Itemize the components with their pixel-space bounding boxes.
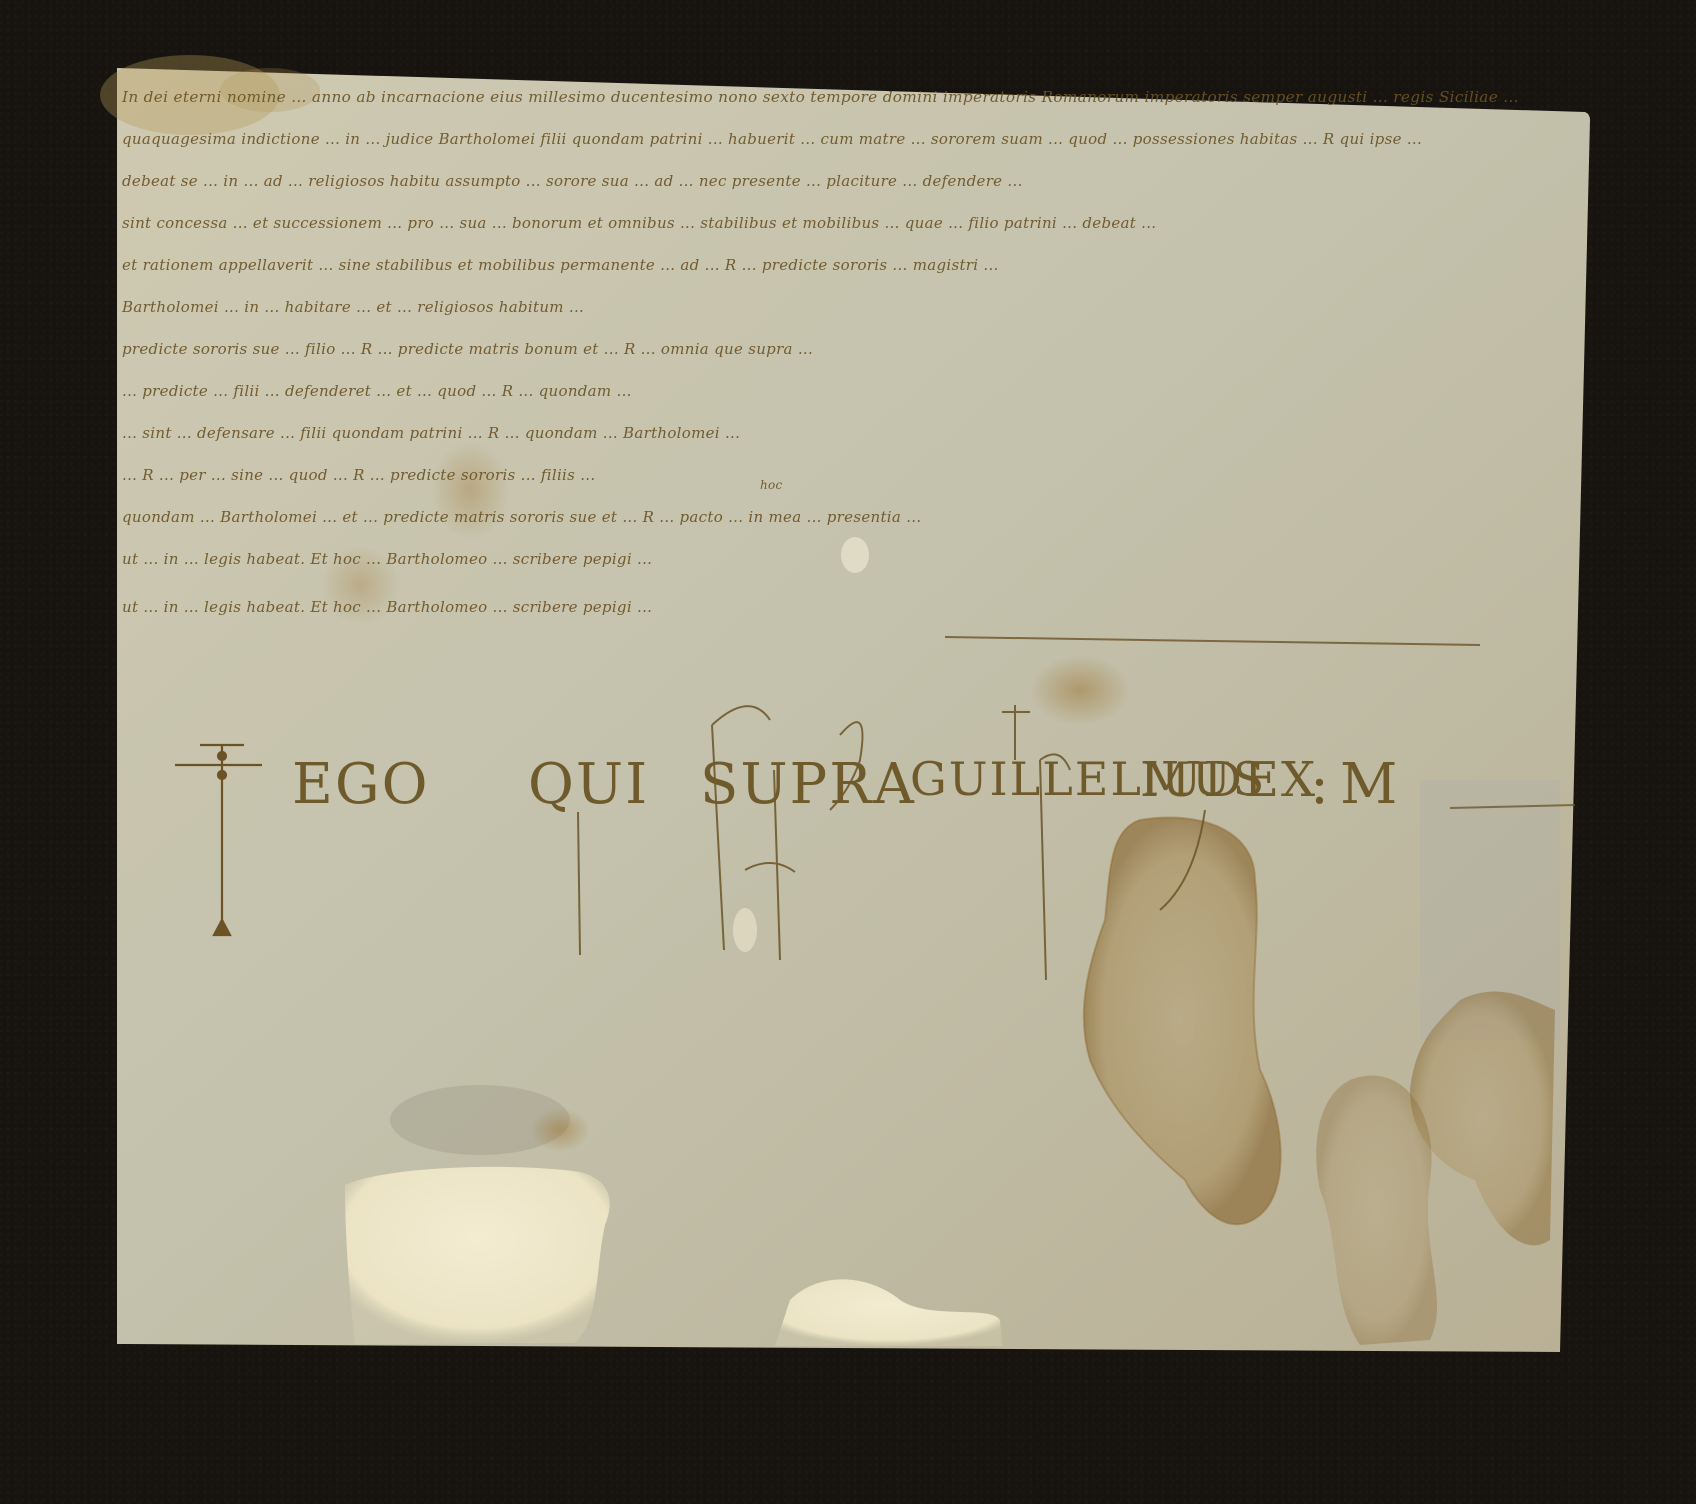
charter-line: ut ... in ... legis habeat. Et hoc ... B… bbox=[122, 550, 652, 568]
charter-line: ... sint ... defensare ... filii quondam… bbox=[122, 424, 740, 442]
charter-line: quondam ... Bartholomei ... et ... predi… bbox=[122, 508, 921, 526]
interlinear-note: hoc bbox=[760, 478, 783, 492]
signature-separator: : bbox=[1310, 752, 1331, 817]
charter-line: predicte sororis sue ... filio ... R ...… bbox=[122, 340, 813, 358]
charter-line: quaquagesima indictione ... in ... judic… bbox=[122, 130, 1422, 148]
charter-line: sint concessa ... et successionem ... pr… bbox=[122, 214, 1156, 232]
charter-line: debeat se ... in ... ad ... religiosos h… bbox=[122, 172, 1023, 190]
signature-word: QUI bbox=[528, 752, 649, 817]
charter-line: ut ... in ... legis habeat. Et hoc ... B… bbox=[122, 598, 652, 616]
charter-line: In dei eterni nomine ... anno ab incarna… bbox=[122, 88, 1519, 106]
signature-word: M bbox=[1340, 752, 1399, 817]
signature-word: SUPRA bbox=[700, 752, 916, 817]
charter-line: ... predicte ... filii ... defenderet ..… bbox=[122, 382, 632, 400]
signature-word: EGO bbox=[292, 752, 430, 817]
charter-line: ... R ... per ... sine ... quod ... R ..… bbox=[122, 466, 595, 484]
signature-word: IUDEX bbox=[1140, 752, 1317, 808]
parchment-charter: In dei eterni nomine ... anno ab incarna… bbox=[0, 0, 1696, 1504]
charter-line: Bartholomei ... in ... habitare ... et .… bbox=[122, 298, 584, 316]
charter-line: et rationem appellaverit ... sine stabil… bbox=[122, 256, 999, 274]
